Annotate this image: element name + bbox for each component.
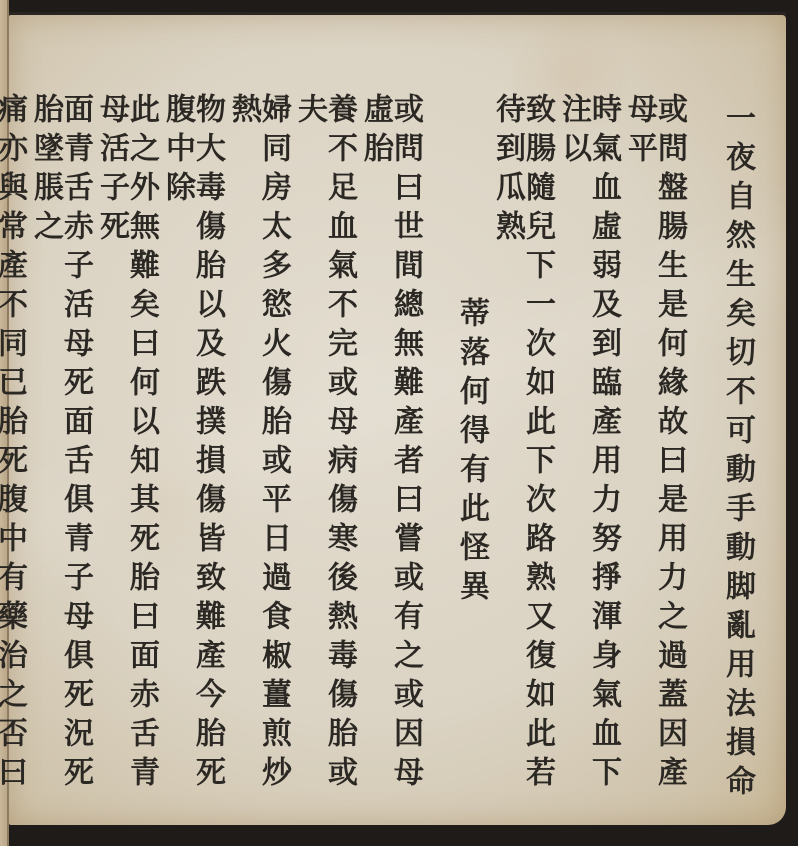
text-column-12: 痛亦與常產不同已胎死腹中有藥治之否曰死胎只 — [0, 93, 24, 813]
column-text: 此之外無難矣曰何以知其死胎曰面赤舌青母活子死 — [96, 93, 156, 813]
column-text: 蒂落何得有此怪異 — [456, 297, 486, 609]
text-column-10: 此之外無難矣曰何以知其死胎曰面赤舌青母活子死 — [90, 93, 156, 813]
text-column-8: 婦同房太多慾火傷胎或平日過食椒薑煎炒熱 — [222, 93, 288, 813]
text-column-11: 面青舌赤子活母死面舌俱青子母俱死況死胎墜脹之 — [24, 93, 90, 813]
text-column-4: 致腸隨兒下一次如此下次路熟又復如此若待到瓜熟 — [486, 93, 552, 813]
text-column-2: 或問盤腸生是何緣故曰是用力之過蓋因產母平 — [618, 93, 684, 813]
end-mark — [748, 710, 752, 714]
column-text: 痛亦與常產不同已胎死腹中有藥治之否曰死胎只 — [0, 93, 24, 813]
scanned-page-view: 一夜自然生矣切不可動手動脚亂用法損命 或問盤腸生是何緣故曰是用力之過蓋因產母平 … — [0, 0, 798, 846]
column-text: 面青舌赤子活母死面舌俱青子母俱死況死胎墜脹之 — [30, 93, 90, 813]
column-text: 一夜自然生矣切不可動手動脚亂用法損命 — [722, 102, 752, 804]
text-columns: 一夜自然生矣切不可動手動脚亂用法損命 或問盤腸生是何緣故曰是用力之過蓋因產母平 … — [18, 93, 778, 813]
column-text: 或問曰世間總無難產者曰嘗或有之或因母虛胎 — [360, 93, 420, 813]
column-text: 婦同房太多慾火傷胎或平日過食椒薑煎炒熱 — [228, 93, 288, 813]
column-text: 或問盤腸生是何緣故曰是用力之過蓋因產母平 — [624, 93, 684, 813]
column-text: 養不足血氣不完或母病傷寒後熱毒傷胎或夫 — [294, 93, 354, 813]
text-column-7: 養不足血氣不完或母病傷寒後熱毒傷胎或夫 — [288, 93, 354, 813]
text-column-6: 或問曰世間總無難產者曰嘗或有之或因母虛胎 — [354, 93, 420, 813]
text-column-3: 時氣血虛弱及到臨產用力努掙渾身氣血下注以 — [552, 93, 618, 813]
text-column-9: 物大毒傷胎以及跌撲損傷皆致難產今胎死腹中除 — [156, 93, 222, 813]
column-text: 致腸隨兒下一次如此下次路熟又復如此若待到瓜熟 — [492, 93, 552, 813]
text-column-1: 一夜自然生矣切不可動手動脚亂用法損命 — [686, 93, 752, 813]
column-text: 物大毒傷胎以及跌撲損傷皆致難產今胎死腹中除 — [162, 93, 222, 813]
text-column-5: 蒂落何得有此怪異 — [420, 93, 486, 813]
column-text: 時氣血虛弱及到臨產用力努掙渾身氣血下注以 — [558, 93, 618, 813]
